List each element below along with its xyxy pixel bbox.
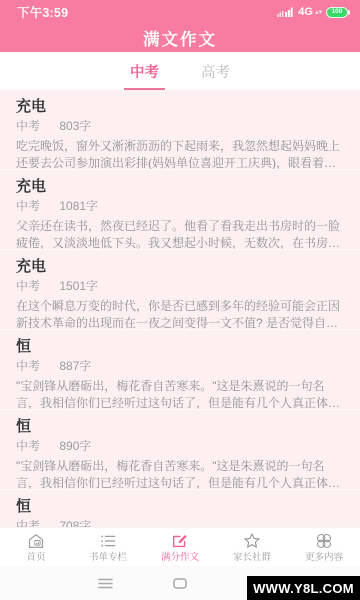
- nav-item-essays[interactable]: 满分作文: [144, 528, 216, 566]
- essay-word-count: 708字: [59, 519, 91, 527]
- nav-label: 首页: [26, 553, 45, 563]
- essay-preview: 在这个瞬息万变的时代，你是否已感到多年的经验可能会正因新技术革命的出现而在一夜之…: [16, 298, 344, 330]
- battery-icon: 100: [326, 7, 350, 18]
- essay-title: 恒: [16, 338, 344, 356]
- nav-item-booklist[interactable]: 书单专栏: [72, 528, 144, 566]
- essay-preview: 父亲还在读书，然夜已经迟了。他看了看我走出书房时的一脸疲倦，又淡淡地低下头。我又…: [16, 218, 344, 250]
- book-list-icon: [98, 531, 118, 551]
- essay-title: 充电: [16, 258, 344, 276]
- essay-list-item[interactable]: 充电 中考 1081字 父亲还在读书，然夜已经迟了。他看了看我走出书房时的一脸疲…: [0, 170, 360, 250]
- essay-word-count: 1081字: [59, 199, 98, 213]
- essay-preview: "宝剑锋从磨砺出，梅花香自苦寒来。"这是朱熹说的一句名言，我相信你们已经听过这句…: [16, 458, 344, 490]
- essay-level: 中考: [16, 199, 40, 213]
- recents-button[interactable]: [85, 566, 125, 600]
- status-bar: 下午3:59 4G ▴▾ 100: [0, 0, 360, 24]
- title-bar: 满文作文: [0, 24, 360, 52]
- essay-preview: 吃完晚饭，窗外又淅淅沥沥的下起雨来，我忽然想起妈妈晚上还要去公司参加演出彩排(妈…: [16, 138, 344, 170]
- star-icon: [242, 531, 262, 551]
- nav-label: 满分作文: [161, 553, 199, 563]
- essay-list-item[interactable]: 恒 中考 887字 "宝剑锋从磨砺出，梅花香自苦寒来。"这是朱熹说的一句名言，我…: [0, 330, 360, 410]
- tab-bar: 中考 高考: [0, 52, 360, 90]
- essay-meta: 中考 708字: [16, 519, 344, 527]
- essay-meta: 中考 803字: [16, 119, 344, 133]
- signal-strength-icon: [277, 6, 294, 18]
- nav-label: 更多内容: [305, 553, 343, 563]
- essay-list-item[interactable]: 恒 中考 708字: [0, 490, 360, 527]
- nav-item-parents[interactable]: 家长社群: [216, 528, 288, 566]
- essay-word-count: 1501字: [59, 279, 98, 293]
- essay-title: 充电: [16, 178, 344, 196]
- essay-preview: "宝剑锋从磨砺出，梅花香自苦寒来。"这是朱熹说的一句名言，我相信你们已经听过这句…: [16, 378, 344, 410]
- clover-more-icon: [314, 531, 334, 551]
- essay-list-item[interactable]: 充电 中考 1501字 在这个瞬息万变的时代，你是否已感到多年的经验可能会正因新…: [0, 250, 360, 330]
- home-icon: [26, 531, 46, 551]
- nav-item-more[interactable]: 更多内容: [288, 528, 360, 566]
- network-sub-icon: ▴▾: [315, 8, 322, 16]
- essay-title: 充电: [16, 98, 344, 116]
- essay-level: 中考: [16, 359, 40, 373]
- bottom-nav-bar: 首页 书单专栏 满分作文: [0, 527, 360, 566]
- home-square-icon: [173, 578, 187, 589]
- essay-level: 中考: [16, 279, 40, 293]
- essay-meta: 中考 1081字: [16, 199, 344, 213]
- edit-compose-icon: [170, 531, 190, 551]
- essay-level: 中考: [16, 439, 40, 453]
- essay-title: 恒: [16, 498, 344, 516]
- status-time: 下午3:59: [17, 3, 68, 21]
- essay-meta: 中考 1501字: [16, 279, 344, 293]
- essay-list-item[interactable]: 恒 中考 890字 "宝剑锋从磨砺出，梅花香自苦寒来。"这是朱熹说的一句名言，我…: [0, 410, 360, 490]
- battery-nub: [348, 10, 350, 15]
- nav-item-home[interactable]: 首页: [0, 528, 72, 566]
- nav-label: 家长社群: [233, 553, 271, 563]
- essay-meta: 中考 890字: [16, 439, 344, 453]
- watermark: WWW.Y8L.COM: [247, 576, 360, 600]
- tab-gaokao[interactable]: 高考: [195, 61, 236, 90]
- essay-level: 中考: [16, 519, 40, 527]
- network-type-label: 4G: [298, 6, 313, 18]
- essay-title: 恒: [16, 418, 344, 436]
- essay-list: 充电 中考 803字 吃完晚饭，窗外又淅淅沥沥的下起雨来，我忽然想起妈妈晚上还要…: [0, 90, 360, 527]
- essay-word-count: 890字: [59, 439, 91, 453]
- nav-label: 书单专栏: [89, 553, 127, 563]
- essay-list-item[interactable]: 充电 中考 803字 吃完晚饭，窗外又淅淅沥沥的下起雨来，我忽然想起妈妈晚上还要…: [0, 90, 360, 170]
- essay-word-count: 887字: [59, 359, 91, 373]
- app-screen: 下午3:59 4G ▴▾ 100: [0, 0, 360, 600]
- home-button[interactable]: [160, 566, 200, 600]
- essay-level: 中考: [16, 119, 40, 133]
- battery-percent-label: 100: [332, 9, 343, 16]
- essay-word-count: 803字: [59, 119, 91, 133]
- essay-meta: 中考 887字: [16, 359, 344, 373]
- page-title: 满文作文: [143, 26, 217, 50]
- tab-zhongkao[interactable]: 中考: [124, 61, 165, 90]
- recents-icon: [98, 578, 113, 589]
